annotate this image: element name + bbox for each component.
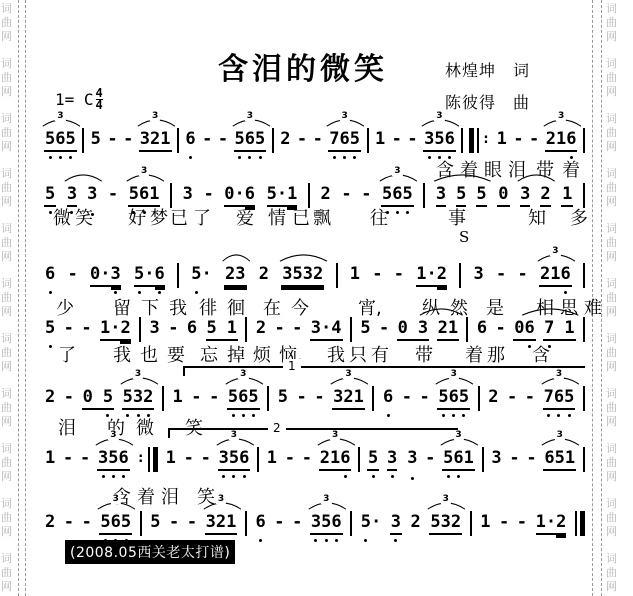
- watermark-character: 词: [606, 388, 617, 400]
- lyric-syllable: 了: [193, 209, 211, 229]
- watermark-character: 词: [606, 58, 617, 70]
- note-group: 3216: [545, 129, 578, 152]
- barline: [583, 386, 585, 411]
- note-group: 5·1: [266, 184, 299, 207]
- note-group: 1: [561, 184, 573, 207]
- note-digits: 321: [205, 512, 238, 535]
- duration-dash: -: [302, 448, 312, 469]
- lyric-syllable: 爱: [236, 209, 254, 229]
- triplet-number: 3: [555, 430, 565, 440]
- note-digits: 216: [545, 129, 578, 152]
- note-group: 1: [374, 129, 386, 150]
- duration-dash: -: [402, 387, 412, 408]
- note-group: 2: [279, 129, 291, 150]
- note-group: 5: [44, 184, 56, 207]
- note-group: 3565: [44, 129, 77, 152]
- lyric-syllable: 我: [169, 299, 187, 319]
- note-group: 3: [390, 512, 402, 535]
- watermark-character: 网: [606, 31, 617, 43]
- final-barline: [575, 511, 585, 536]
- note-group: 2: [44, 512, 56, 533]
- note-group: 6: [476, 318, 488, 339]
- note-digits: 5: [44, 318, 56, 339]
- note-group: 51: [206, 318, 239, 341]
- lyric-syllable: 忘: [200, 346, 218, 366]
- lyric-syllable: 只: [349, 346, 367, 366]
- duration-dash: -: [202, 129, 212, 150]
- note-digits: 1: [374, 129, 386, 150]
- duration-dash: -: [372, 264, 382, 285]
- watermark-character: 网: [606, 581, 617, 593]
- watermark-character: 曲: [606, 17, 617, 29]
- watermark-character: 曲: [1, 17, 12, 29]
- note-group: 3565: [234, 129, 267, 152]
- watermark-character: 曲: [606, 237, 617, 249]
- note-group: 3561: [128, 184, 161, 207]
- duration-dash: -: [518, 264, 528, 285]
- watermark-character: 词: [1, 58, 12, 70]
- note-digits: 51: [206, 318, 239, 341]
- duration-dash: -: [392, 129, 402, 150]
- duration-dash: -: [81, 318, 91, 339]
- duration-dash: -: [64, 512, 74, 533]
- note-group: 3532: [122, 387, 155, 410]
- duration-dash: -: [184, 448, 194, 469]
- watermark-character: 网: [606, 251, 617, 263]
- duration-dash: -: [209, 387, 219, 408]
- note-digits: 05: [82, 387, 115, 410]
- lyric-syllable: 也: [140, 346, 158, 366]
- barline: [162, 386, 164, 411]
- note-digits: 33: [386, 448, 419, 471]
- triplet-number: 3: [216, 494, 226, 504]
- lyric-syllable: 多: [570, 209, 588, 229]
- lyric-syllable: 着: [562, 161, 580, 181]
- watermark-character: 网: [606, 526, 617, 538]
- song-title: 含泪的微笑: [218, 44, 388, 88]
- watermark-character: 词: [1, 113, 12, 125]
- duration-dash: -: [525, 387, 535, 408]
- duration-dash: -: [509, 448, 519, 469]
- watermark-character: 网: [1, 141, 12, 153]
- watermark-character: 曲: [606, 457, 617, 469]
- note-group: 05: [82, 387, 115, 410]
- duration-dash: -: [292, 512, 302, 533]
- note-digits: 23: [224, 264, 247, 287]
- lyric-syllable: 着: [137, 488, 155, 508]
- barline: [82, 128, 84, 153]
- note-digits: 0·6: [223, 184, 256, 207]
- note-digits: 33: [66, 184, 99, 207]
- note-group: 3565: [437, 387, 470, 410]
- watermark-character: 词: [606, 3, 617, 15]
- watermark-character: 曲: [1, 182, 12, 194]
- repeat-start-sign: :: [469, 128, 490, 153]
- lyric-syllable: 那: [487, 346, 505, 366]
- barline: [459, 263, 461, 288]
- watermark-character: 网: [1, 471, 12, 483]
- lyric-syllable: 知: [528, 209, 546, 229]
- barline: [583, 183, 585, 208]
- barline: [140, 511, 142, 536]
- note-group: 6: [186, 318, 198, 339]
- note-group: 2: [44, 387, 56, 408]
- lyric-syllable: 我: [113, 346, 131, 366]
- note-group: 2: [410, 512, 422, 533]
- note-digits: 0: [497, 184, 509, 207]
- notation-line-4: 5--1·23-6512--3·45-03216-0671: [44, 318, 585, 342]
- note-digits: 356: [97, 448, 130, 471]
- note-group: 3356: [97, 448, 130, 471]
- triplet-number: 3: [550, 246, 560, 256]
- watermark-character: 网: [1, 361, 12, 373]
- lyric-syllable: 是: [486, 299, 504, 319]
- sheet-music-page: { "watermark": { "chars": ["词", "曲", "网"…: [0, 0, 633, 596]
- watermark-character: 曲: [606, 347, 617, 359]
- barline-thin: [477, 128, 479, 153]
- duration-dash: -: [82, 512, 92, 533]
- watermark-character: 词: [1, 168, 12, 180]
- duration-dash: -: [297, 387, 307, 408]
- note-digits: 356: [423, 129, 456, 152]
- note-digits: 216: [539, 264, 572, 287]
- lyric-syllable: 好: [128, 209, 146, 229]
- triplet-number: 3: [392, 166, 402, 176]
- note-group: 1: [349, 264, 361, 285]
- note-group: 6: [184, 129, 196, 150]
- watermark-character: 词: [1, 223, 12, 235]
- note-group: 3565: [381, 184, 414, 207]
- note-digits: 3·4: [310, 318, 343, 341]
- note-digits: 565: [44, 129, 77, 152]
- note-digits: 765: [328, 129, 361, 152]
- barline: [583, 263, 585, 288]
- duration-dash: -: [201, 448, 211, 469]
- barline: [358, 447, 360, 472]
- note-group: 3: [490, 448, 502, 469]
- note-group: 3321: [332, 387, 365, 410]
- watermark-character: 网: [1, 416, 12, 428]
- watermark-character: 网: [1, 581, 12, 593]
- notation-line-3: 6-0·35·65·23235321--1·23--3216: [44, 264, 585, 288]
- note-group: 1·2: [535, 512, 568, 535]
- barline: [350, 511, 352, 536]
- duration-dash: -: [64, 387, 74, 408]
- note-digits: 6: [254, 512, 266, 533]
- barline: [308, 183, 310, 208]
- duration-dash: -: [274, 512, 284, 533]
- key-signature: 1= C 4 4: [55, 88, 103, 111]
- note-digits: 5: [90, 129, 102, 150]
- duration-dash: -: [407, 129, 417, 150]
- lyricist-credit: 林煌坤 词: [445, 58, 530, 81]
- note-digits: 3: [149, 318, 161, 339]
- lyric-syllable: 今: [291, 299, 309, 319]
- watermark-character: 曲: [1, 512, 12, 524]
- note-digits: 71: [543, 318, 576, 341]
- watermark-character: 词: [606, 223, 617, 235]
- note-group: 0·3: [89, 264, 122, 287]
- left-margin-dashed-line-1: [18, 0, 19, 596]
- duration-dash: -: [313, 129, 323, 150]
- note-digits: 5: [367, 448, 379, 471]
- lyric-syllable: 要: [167, 346, 185, 366]
- note-digits: 532: [429, 512, 462, 535]
- duration-dash: -: [218, 129, 228, 150]
- note-group: 3561: [442, 448, 475, 471]
- note-digits: 1·2: [415, 264, 448, 287]
- lyric-syllable: 已: [170, 209, 188, 229]
- duration-dash: -: [168, 318, 178, 339]
- duration-dash: -: [420, 387, 430, 408]
- watermark-character: 曲: [606, 402, 617, 414]
- duration-dash: -: [292, 318, 302, 339]
- transcriber-badge: (2008.05西关老太打谱): [65, 540, 235, 564]
- watermark-character: 曲: [1, 347, 12, 359]
- lyric-syllable: 微: [136, 419, 154, 439]
- barline: [482, 447, 484, 472]
- barline: [272, 128, 274, 153]
- note-group: 6: [254, 512, 266, 533]
- triplet-number: 3: [55, 111, 65, 121]
- note-digits: 561: [128, 184, 161, 207]
- duration-dash: -: [499, 512, 509, 533]
- watermark-character: 曲: [606, 72, 617, 84]
- watermark-character: 网: [606, 471, 617, 483]
- barline: [367, 128, 369, 153]
- note-group: 5: [44, 318, 56, 339]
- note-group: 3321: [205, 512, 238, 535]
- note-digits: 321: [139, 129, 172, 152]
- triplet-number: 3: [238, 369, 248, 379]
- lyric-syllable: 带: [415, 346, 433, 366]
- note-digits: 3532: [281, 264, 324, 287]
- note-digits: 3: [473, 264, 485, 285]
- note-digits: 1·2: [535, 512, 568, 535]
- triplet-number: 3: [139, 166, 149, 176]
- watermark-character: 词: [1, 388, 12, 400]
- note-group: 0: [497, 184, 509, 207]
- triplet-number: 3: [321, 494, 331, 504]
- triplet-number: 3: [108, 430, 118, 440]
- lyric-syllable: 梦: [150, 209, 168, 229]
- duration-dash: -: [394, 264, 404, 285]
- watermark-character: 网: [1, 196, 12, 208]
- left-margin-dashed-line-2: [25, 0, 26, 596]
- watermark-character: 词: [606, 113, 617, 125]
- duration-dash: -: [108, 184, 118, 205]
- note-digits: 2: [410, 512, 422, 533]
- note-digits: 216: [319, 448, 352, 471]
- repeat-dots: :: [136, 447, 144, 469]
- note-digits: 356: [310, 512, 343, 535]
- volta-label: 2: [268, 421, 286, 435]
- lyric-syllable: 徊: [227, 299, 245, 319]
- watermark-character: 词: [1, 333, 12, 345]
- duration-dash: -: [507, 387, 517, 408]
- note-group: 3532: [429, 512, 462, 535]
- note-group: 3356: [310, 512, 343, 535]
- note-digits: 565: [437, 387, 470, 410]
- triplet-number: 3: [453, 430, 463, 440]
- note-digits: 6: [186, 318, 198, 339]
- note-digits: 2: [44, 512, 56, 533]
- volta-label: 1: [283, 359, 301, 373]
- duration-dash: -: [314, 387, 324, 408]
- note-digits: 2: [258, 264, 270, 285]
- duration-dash: -: [64, 318, 74, 339]
- watermark-character: 网: [606, 416, 617, 428]
- note-digits: 1: [479, 512, 491, 533]
- note-group: 2: [487, 387, 499, 408]
- watermark-character: 词: [1, 278, 12, 290]
- barline-thick: [153, 447, 158, 472]
- note-group: 6: [44, 264, 56, 285]
- note-digits: 1: [171, 387, 183, 408]
- duration-dash: -: [285, 448, 295, 469]
- watermark-character: 网: [606, 86, 617, 98]
- note-group: 3: [149, 318, 161, 339]
- watermark-character: 曲: [1, 127, 12, 139]
- duration-dash: -: [513, 129, 523, 150]
- barline-thin: [148, 447, 150, 472]
- note-group: 1: [165, 448, 177, 469]
- barline: [245, 511, 247, 536]
- barline: [583, 447, 585, 472]
- note-digits: 21: [437, 318, 460, 341]
- duration-dash: -: [123, 129, 133, 150]
- note-digits: 1: [349, 264, 361, 285]
- duration-dash: -: [297, 129, 307, 150]
- note-group: 3532: [281, 264, 324, 287]
- note-digits: 356: [218, 448, 251, 471]
- triplet-number: 3: [111, 494, 121, 504]
- watermark-column-right: 词曲网词曲网词曲网词曲网词曲网词曲网词曲网词曲网词曲网词曲网词曲网: [606, 0, 620, 596]
- note-digits: 6: [476, 318, 488, 339]
- note-group: 06: [513, 318, 536, 341]
- lyric-syllable: 宵,: [358, 299, 382, 319]
- note-digits: 565: [234, 129, 267, 152]
- lyric-syllable: 在: [263, 299, 281, 319]
- note-digits: 2: [44, 387, 56, 408]
- notation-line-7: 2--35655--33216--33565·3235321--1·2: [44, 512, 585, 536]
- note-group: 1: [266, 448, 278, 469]
- barline: [461, 128, 463, 153]
- barline: [177, 263, 179, 288]
- lyric-syllable: 了: [58, 346, 76, 366]
- watermark-character: 曲: [606, 127, 617, 139]
- lyric-syllable: 下: [141, 299, 159, 319]
- triplet-number: 3: [150, 111, 160, 121]
- watermark-character: 曲: [1, 292, 12, 304]
- note-group: 3216: [539, 264, 572, 287]
- note-group: 1: [479, 512, 491, 533]
- watermark-character: 曲: [606, 512, 617, 524]
- triplet-number: 3: [340, 111, 350, 121]
- triplet-number: 3: [554, 369, 564, 379]
- note-digits: 565: [227, 387, 260, 410]
- barline: [372, 386, 374, 411]
- triplet-number: 3: [343, 369, 353, 379]
- note-group: 5: [277, 387, 289, 408]
- note-group: 3: [473, 264, 485, 285]
- lyric-syllable: 含: [532, 346, 550, 366]
- note-digits: 3: [490, 448, 502, 469]
- watermark-character: 词: [1, 498, 12, 510]
- note-group: 33: [66, 184, 99, 207]
- duration-dash: -: [169, 512, 179, 533]
- barline: [177, 128, 179, 153]
- note-digits: 5·: [190, 264, 213, 285]
- note-digits: 3: [182, 184, 194, 205]
- note-group: 2: [255, 318, 267, 339]
- duration-dash: -: [496, 318, 506, 339]
- lyric-syllable: 泪: [58, 419, 76, 439]
- lyric-syllable: 我: [327, 346, 345, 366]
- watermark-character: 网: [1, 86, 12, 98]
- notation-line-5: 2-0535321--35655--33216--35652--3765: [44, 387, 585, 411]
- duration-dash: -: [361, 184, 371, 205]
- segno-mark: S: [459, 228, 469, 246]
- note-group: 5: [367, 448, 379, 471]
- barline: [245, 317, 247, 342]
- note-digits: 565: [381, 184, 414, 207]
- watermark-character: 网: [606, 141, 617, 153]
- duration-dash: -: [63, 448, 73, 469]
- barline: [466, 317, 468, 342]
- watermark-character: 词: [606, 278, 617, 290]
- note-group: 1: [496, 129, 508, 150]
- watermark-character: 网: [1, 251, 12, 263]
- composer-credit: 陈彼得 曲: [445, 90, 530, 113]
- lyric-syllable: 着: [465, 346, 483, 366]
- note-group: 5·: [190, 264, 213, 285]
- watermark-character: 词: [1, 3, 12, 15]
- barline: [583, 128, 585, 153]
- triplet-number: 3: [434, 111, 444, 121]
- watermark-character: 曲: [1, 567, 12, 579]
- lyric-syllable: 泪: [161, 488, 179, 508]
- note-digits: 5: [149, 512, 161, 533]
- note-digits: 5: [359, 318, 371, 339]
- barline: [257, 447, 259, 472]
- barline: [350, 317, 352, 342]
- watermark-character: 曲: [606, 292, 617, 304]
- triplet-number: 3: [441, 494, 451, 504]
- watermark-character: 网: [606, 306, 617, 318]
- lyric-syllable: 掉: [227, 346, 245, 366]
- watermark-character: 词: [606, 553, 617, 565]
- duration-dash: -: [187, 512, 197, 533]
- lyric-syllable: 烦: [253, 346, 271, 366]
- note-group: 23: [224, 264, 247, 287]
- note-group: 3765: [543, 387, 576, 410]
- note-group: 5: [90, 129, 102, 150]
- lyric-syllable: 微: [53, 209, 71, 229]
- volta-bracket-2: 2: [168, 428, 458, 438]
- note-digits: 2: [320, 184, 332, 205]
- note-digits: 5·1: [266, 184, 299, 207]
- duration-dash: -: [526, 448, 536, 469]
- note-digits: 1: [496, 129, 508, 150]
- watermark-character: 词: [606, 333, 617, 345]
- watermark-character: 曲: [1, 237, 12, 249]
- watermark-character: 词: [1, 443, 12, 455]
- barline-thick: [469, 128, 474, 153]
- duration-dash: -: [379, 318, 389, 339]
- watermark-character: 网: [606, 361, 617, 373]
- note-group: 2: [320, 184, 332, 205]
